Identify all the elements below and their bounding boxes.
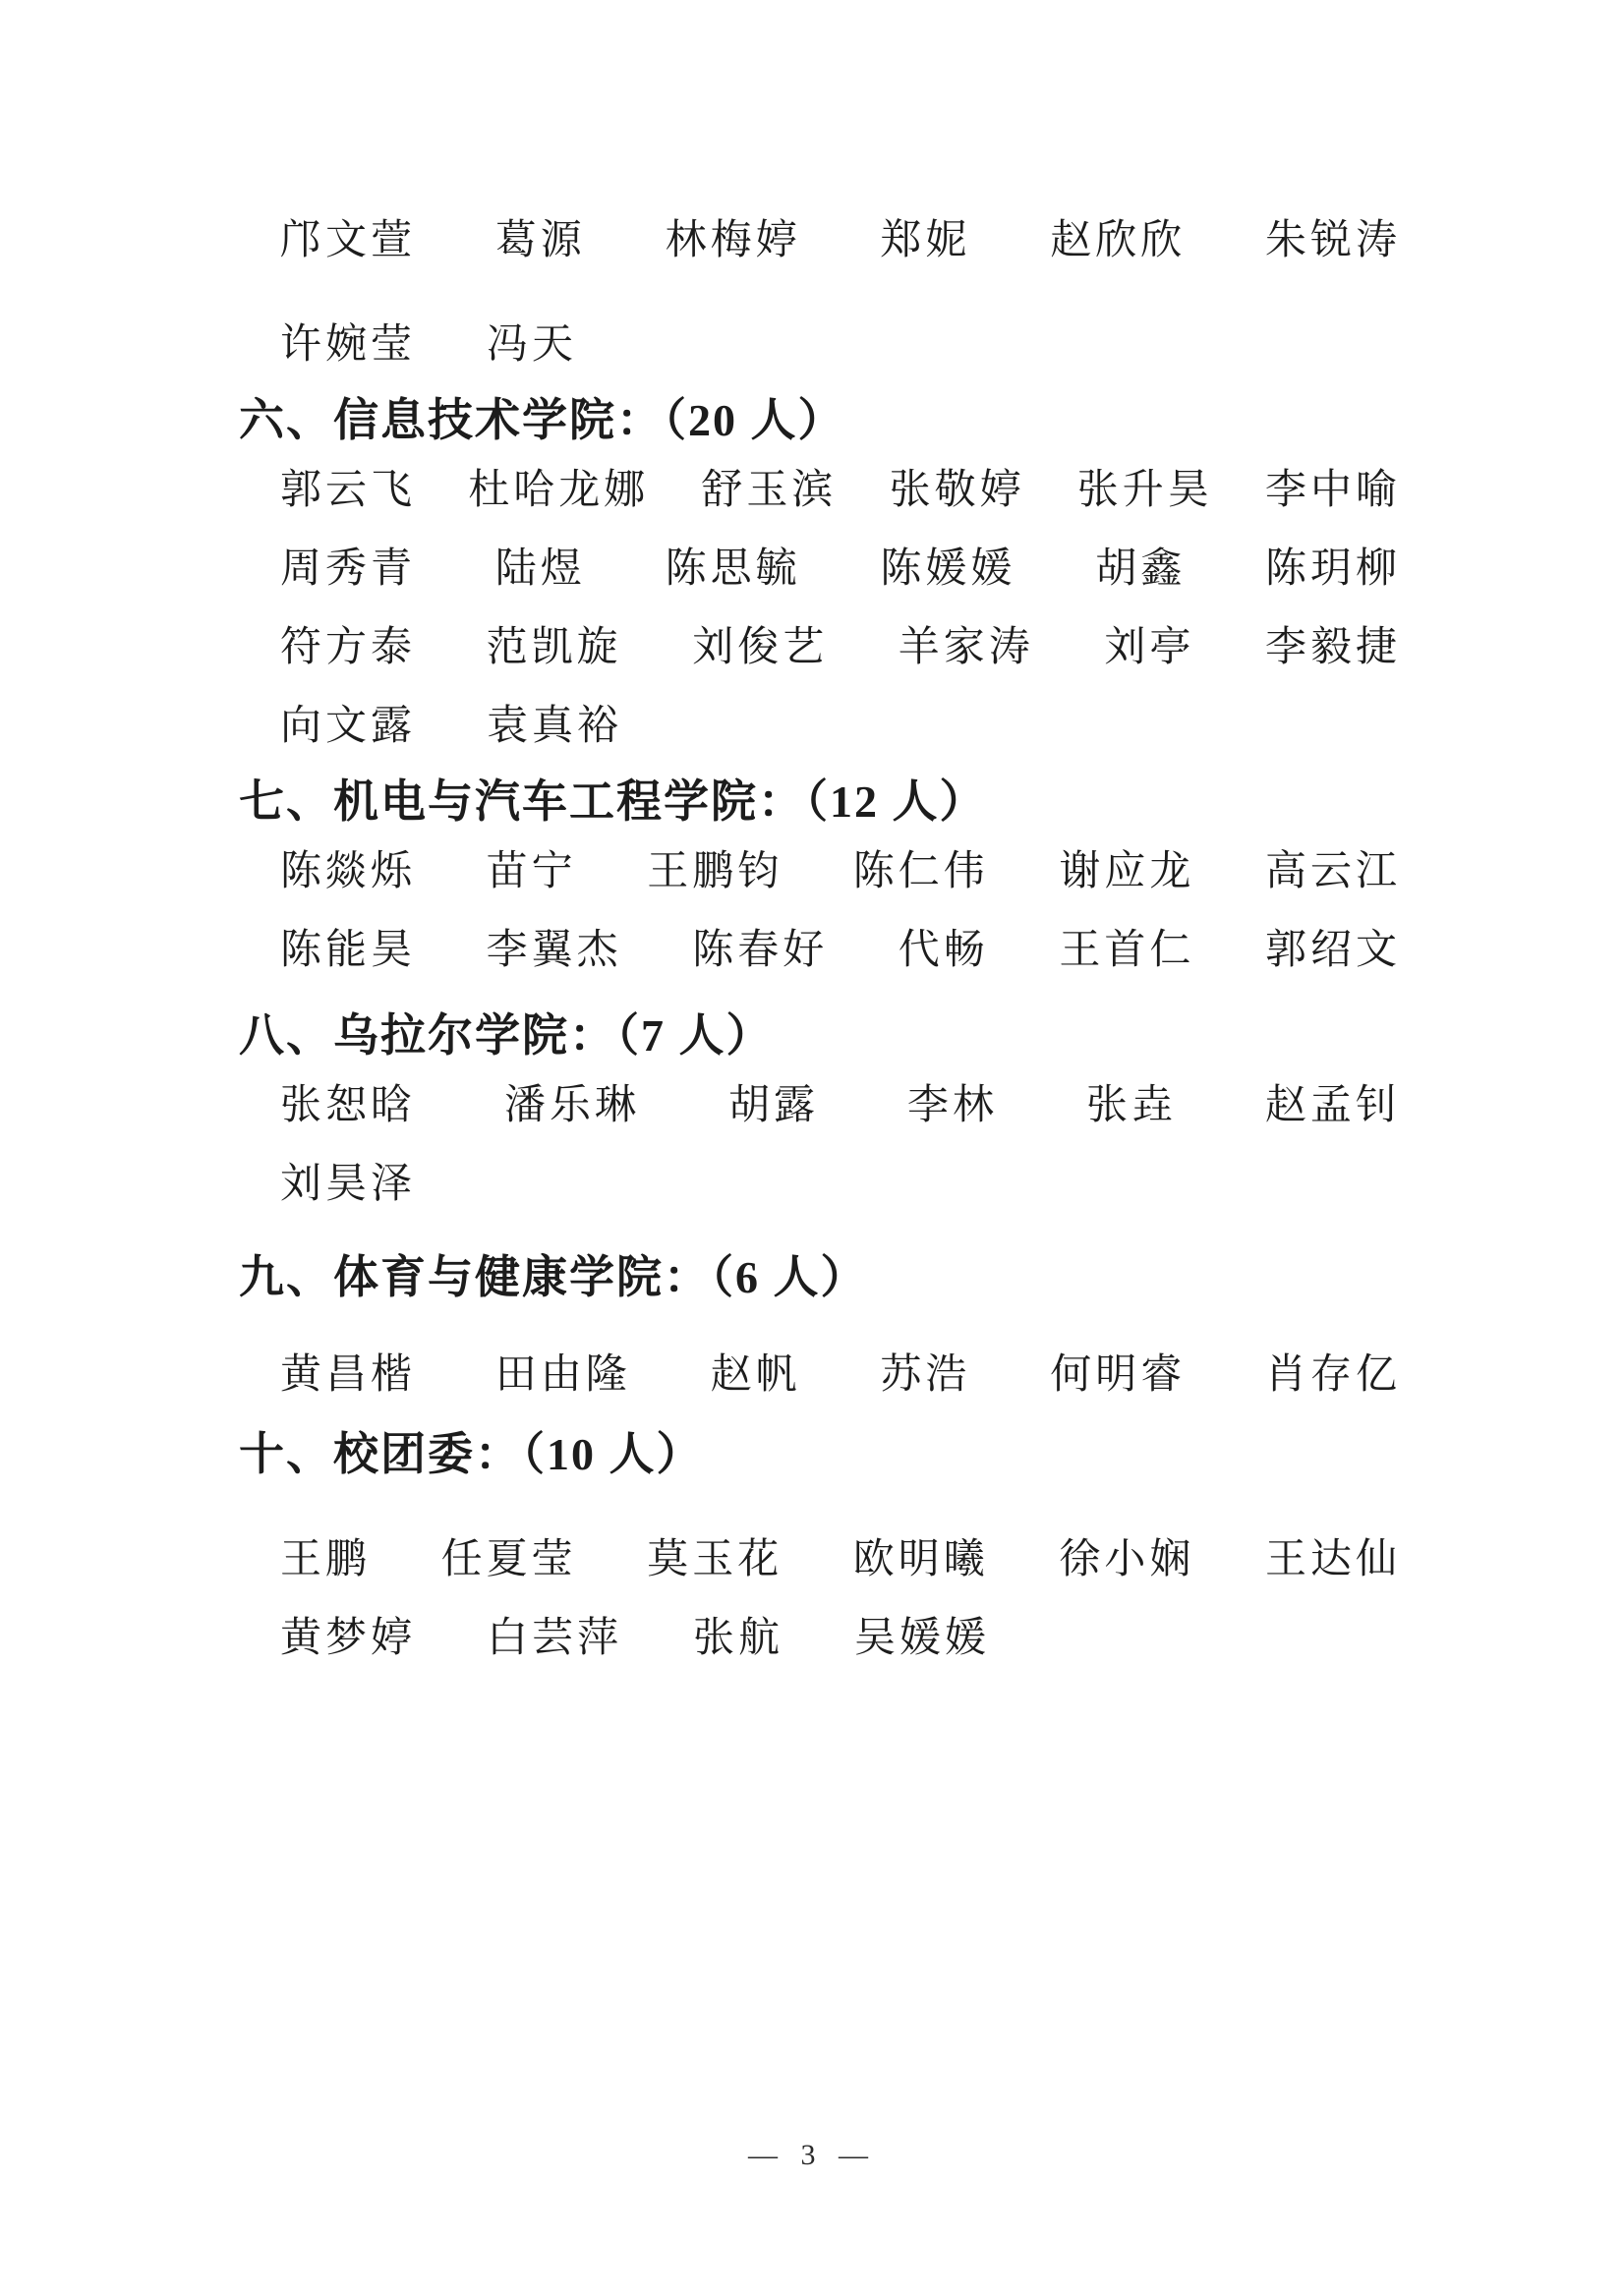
person-name: 陈燚烁 — [280, 847, 416, 896]
person-name: 陈思毓 — [666, 545, 801, 594]
person-name: 赵欣欣 — [1050, 216, 1186, 265]
person-name: 王鹏钧 — [647, 847, 783, 896]
person-name: 肖存亿 — [1265, 1350, 1401, 1400]
person-name: 邝文萱 — [280, 216, 416, 265]
section-heading: 七、机电与汽车工程学院：（12 人） — [239, 776, 1401, 828]
person-name: 黄梦婷 — [280, 1614, 416, 1663]
person-name: 朱锐涛 — [1265, 216, 1401, 265]
person-name: 谢应龙 — [1059, 847, 1194, 896]
name-row: 刘昊泽 — [280, 1160, 1401, 1209]
person-name: 陈仁伟 — [853, 847, 989, 896]
person-name: 白芸萍 — [487, 1614, 622, 1663]
name-row: 周秀青陆煜陈思毓陈媛媛胡鑫陈玥柳 — [280, 545, 1401, 594]
section-heading: 六、信息技术学院：（20 人） — [239, 395, 1401, 446]
person-name: 羊家涛 — [899, 623, 1034, 672]
page-number: — 3 — — [0, 2139, 1624, 2172]
person-name: 苗宁 — [487, 847, 577, 896]
name-row: 邝文萱葛源林梅婷郑妮赵欣欣朱锐涛 — [280, 216, 1401, 265]
person-name: 吴媛媛 — [854, 1614, 990, 1663]
person-name: 李毅捷 — [1265, 623, 1401, 672]
person-name: 陆煜 — [495, 545, 586, 594]
person-name: 陈媛媛 — [880, 545, 1015, 594]
roster-section: 七、机电与汽车工程学院：（12 人）陈燚烁苗宁王鹏钧陈仁伟谢应龙高云江陈能昊李翼… — [280, 776, 1401, 975]
person-name: 刘亭 — [1104, 623, 1194, 672]
person-name: 任夏莹 — [441, 1535, 577, 1584]
person-name: 陈玥柳 — [1265, 545, 1401, 594]
name-row: 黄昌楷田由隆赵帆苏浩何明睿肖存亿 — [280, 1350, 1401, 1400]
person-name: 高云江 — [1265, 847, 1401, 896]
person-name: 许婉莹 — [280, 320, 416, 370]
person-name: 冯天 — [487, 320, 577, 370]
person-name: 向文露 — [280, 702, 416, 751]
person-name: 陈能昊 — [280, 926, 416, 975]
name-row: 郭云飞杜哈龙娜舒玉滨张敬婷张升昊李中喻 — [280, 466, 1401, 515]
person-name: 郭绍文 — [1265, 926, 1401, 975]
person-name: 杜哈龙娜 — [468, 466, 649, 515]
person-name: 郑妮 — [880, 216, 970, 265]
person-name: 陈春好 — [692, 926, 828, 975]
person-name: 李中喻 — [1265, 466, 1401, 515]
person-name: 符方泰 — [280, 623, 416, 672]
name-row: 黄梦婷白芸萍张航吴媛媛 — [280, 1614, 1401, 1663]
name-row: 陈燚烁苗宁王鹏钧陈仁伟谢应龙高云江 — [280, 847, 1401, 896]
person-name: 范凯旋 — [487, 623, 622, 672]
person-name: 葛源 — [495, 216, 586, 265]
name-row: 王鹏任夏莹莫玉花欧明曦徐小娴王达仙 — [280, 1535, 1401, 1584]
name-row: 许婉莹冯天 — [280, 320, 1401, 370]
person-name: 刘俊艺 — [692, 623, 828, 672]
person-name: 胡露 — [728, 1081, 819, 1130]
name-row: 陈能昊李翼杰陈春好代畅王首仁郭绍文 — [280, 926, 1401, 975]
person-name: 舒玉滨 — [701, 466, 837, 515]
name-row: 符方泰范凯旋刘俊艺羊家涛刘亭李毅捷 — [280, 623, 1401, 672]
person-name: 苏浩 — [880, 1350, 970, 1400]
name-row: 张恕晗潘乐琳胡露李林张垚赵孟钊 — [280, 1081, 1401, 1130]
person-name: 王鹏 — [280, 1535, 371, 1584]
person-name: 袁真裕 — [487, 702, 622, 751]
person-name: 周秀青 — [280, 545, 416, 594]
person-name: 张航 — [693, 1614, 783, 1663]
document-page: 邝文萱葛源林梅婷郑妮赵欣欣朱锐涛许婉莹冯天六、信息技术学院：（20 人）郭云飞杜… — [0, 0, 1624, 2296]
person-name: 林梅婷 — [666, 216, 801, 265]
section-heading: 八、乌拉尔学院：（7 人） — [239, 1010, 1401, 1062]
document-body: 邝文萱葛源林梅婷郑妮赵欣欣朱锐涛许婉莹冯天六、信息技术学院：（20 人）郭云飞杜… — [280, 0, 1401, 1663]
person-name: 张升昊 — [1077, 466, 1213, 515]
person-name: 张垚 — [1086, 1081, 1177, 1130]
section-heading: 十、校团委：（10 人） — [239, 1429, 1401, 1480]
person-name: 田由隆 — [495, 1350, 631, 1400]
person-name: 王达仙 — [1265, 1535, 1401, 1584]
roster-section: 十、校团委：（10 人）王鹏任夏莹莫玉花欧明曦徐小娴王达仙黄梦婷白芸萍张航吴媛媛 — [280, 1429, 1401, 1663]
person-name: 黄昌楷 — [280, 1350, 416, 1400]
roster-continuation: 邝文萱葛源林梅婷郑妮赵欣欣朱锐涛许婉莹冯天 — [280, 216, 1401, 370]
person-name: 李林 — [907, 1081, 998, 1130]
person-name: 王首仁 — [1059, 926, 1194, 975]
person-name: 代畅 — [899, 926, 989, 975]
roster-section: 八、乌拉尔学院：（7 人）张恕晗潘乐琳胡露李林张垚赵孟钊刘昊泽 — [280, 1010, 1401, 1209]
person-name: 胡鑫 — [1095, 545, 1186, 594]
person-name: 赵帆 — [711, 1350, 801, 1400]
person-name: 欧明曦 — [853, 1535, 989, 1584]
person-name: 潘乐琳 — [504, 1081, 640, 1130]
section-heading: 九、体育与健康学院：（6 人） — [239, 1252, 1401, 1303]
person-name: 赵孟钊 — [1265, 1081, 1401, 1130]
person-name: 张恕晗 — [280, 1081, 416, 1130]
person-name: 莫玉花 — [647, 1535, 783, 1584]
person-name: 张敬婷 — [890, 466, 1025, 515]
roster-section: 六、信息技术学院：（20 人）郭云飞杜哈龙娜舒玉滨张敬婷张升昊李中喻周秀青陆煜陈… — [280, 395, 1401, 751]
person-name: 郭云飞 — [280, 466, 416, 515]
person-name: 何明睿 — [1050, 1350, 1186, 1400]
person-name: 徐小娴 — [1059, 1535, 1194, 1584]
roster-section: 九、体育与健康学院：（6 人）黄昌楷田由隆赵帆苏浩何明睿肖存亿 — [280, 1252, 1401, 1400]
name-row: 向文露袁真裕 — [280, 702, 1401, 751]
person-name: 刘昊泽 — [280, 1160, 416, 1209]
person-name: 李翼杰 — [487, 926, 622, 975]
